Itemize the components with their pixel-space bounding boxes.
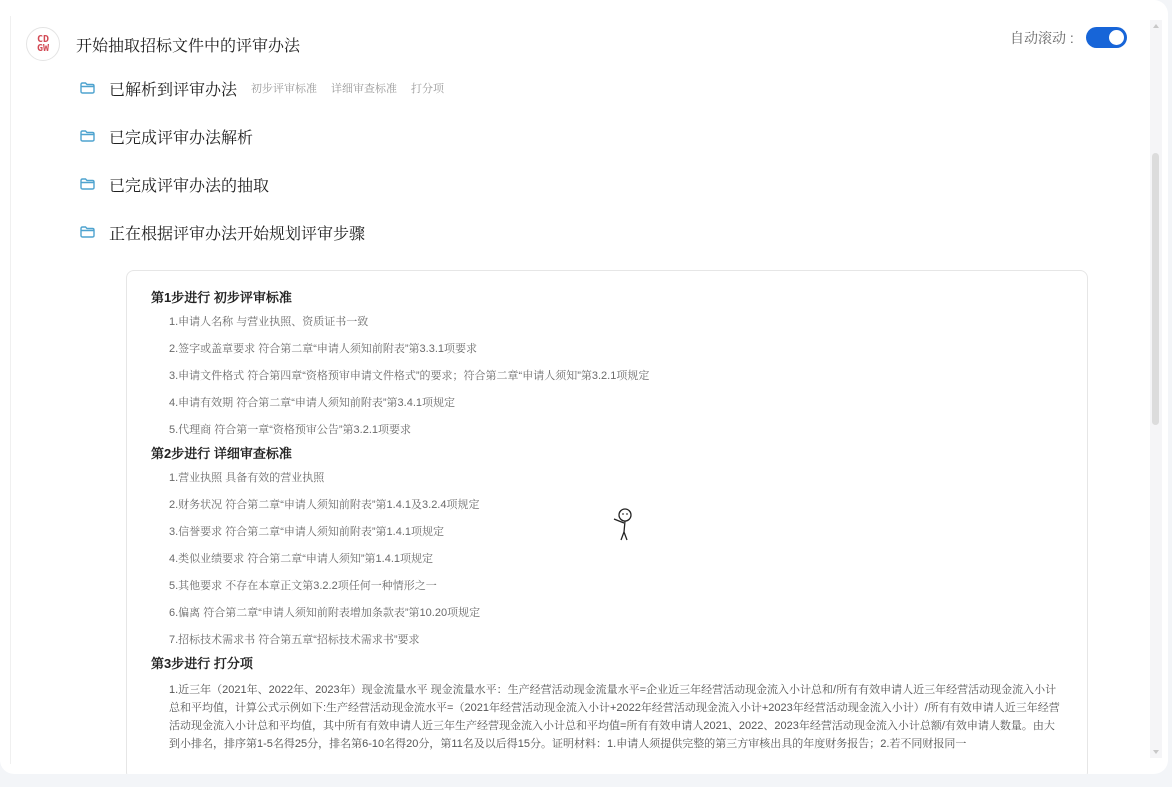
- section-title: 第2步进行 详细审查标准: [151, 443, 1063, 462]
- plan-section: 第1步进行 初步评审标准 1.申请人名称 与营业执照、资质证书一致 2.签字或盖…: [151, 287, 1063, 437]
- plan-item: 1.申请人名称 与营业执照、资质证书一致: [169, 315, 1063, 329]
- folder-icon: [80, 82, 95, 94]
- step-tag: 初步评审标准: [251, 80, 317, 96]
- step-label: 已完成评审办法解析: [109, 125, 253, 148]
- step-label: 已解析到评审办法: [109, 77, 237, 100]
- scroll-down-arrow-icon[interactable]: [1153, 750, 1159, 754]
- folder-icon: [80, 130, 95, 142]
- auto-scroll-control: 自动滚动 :: [1010, 27, 1127, 48]
- plan-item: 4.申请有效期 符合第二章“申请人须知前附表”第3.4.1项规定: [169, 396, 1063, 410]
- progress-steps: 已解析到评审办法 初步评审标准 详细审查标准 打分项 已完成评审办法解析 已完成…: [80, 76, 458, 268]
- review-plan-panel: 第1步进行 初步评审标准 1.申请人名称 与营业执照、资质证书一致 2.签字或盖…: [126, 270, 1088, 774]
- plan-item: 3.申请文件格式 符合第四章“资格预审申请文件格式”的要求；符合第二章“申请人须…: [169, 369, 1063, 383]
- progress-step: 已解析到评审办法 初步评审标准 详细审查标准 打分项: [80, 76, 458, 100]
- plan-section: 第2步进行 详细审查标准 1.营业执照 具备有效的营业执照 2.财务状况 符合第…: [151, 443, 1063, 647]
- plan-section: 第3步进行 打分项 1.近三年（2021年、2022年、2023年）现金流量水平…: [151, 653, 1063, 753]
- vertical-scrollbar[interactable]: [1150, 20, 1162, 758]
- section-items: 1.近三年（2021年、2022年、2023年）现金流量水平 现金流量水平：生产…: [151, 681, 1063, 753]
- progress-step: 已完成评审办法的抽取: [80, 172, 458, 196]
- main-card: CD GW 开始抽取招标文件中的评审办法 自动滚动 : 已解析到评审办法 初步评…: [0, 0, 1168, 774]
- auto-scroll-toggle[interactable]: [1086, 27, 1127, 48]
- plan-item: 1.近三年（2021年、2022年、2023年）现金流量水平 现金流量水平：生产…: [169, 681, 1063, 753]
- header: CD GW 开始抽取招标文件中的评审办法: [26, 27, 300, 61]
- plan-item: 6.偏离 符合第二章“申请人须知前附表增加条款表”第10.20项规定: [169, 606, 1063, 620]
- section-title: 第3步进行 打分项: [151, 653, 1063, 672]
- section-items: 1.申请人名称 与营业执照、资质证书一致 2.签字或盖章要求 符合第二章“申请人…: [151, 315, 1063, 437]
- scroll-thumb[interactable]: [1152, 153, 1159, 425]
- plan-item: 1.营业执照 具备有效的营业执照: [169, 471, 1063, 485]
- plan-item: 4.类似业绩要求 符合第二章“申请人须知”第1.4.1项规定: [169, 552, 1063, 566]
- divider: [10, 16, 11, 764]
- progress-step: 已完成评审办法解析: [80, 124, 458, 148]
- page-title: 开始抽取招标文件中的评审办法: [76, 33, 300, 56]
- folder-icon: [80, 226, 95, 238]
- step-label: 正在根据评审办法开始规划评审步骤: [109, 221, 365, 244]
- plan-item: 5.代理商 符合第一章“资格预审公告”第3.2.1项要求: [169, 423, 1063, 437]
- scroll-up-arrow-icon[interactable]: [1153, 24, 1159, 28]
- folder-icon: [80, 178, 95, 190]
- step-label: 已完成评审办法的抽取: [109, 173, 269, 196]
- loading-mascot-icon: [610, 506, 636, 544]
- progress-step: 正在根据评审办法开始规划评审步骤: [80, 220, 458, 244]
- toggle-knob: [1109, 30, 1124, 45]
- plan-item: 5.其他要求 不存在本章正文第3.2.2项任何一种情形之一: [169, 579, 1063, 593]
- section-items: 1.营业执照 具备有效的营业执照 2.财务状况 符合第二章“申请人须知前附表”第…: [151, 471, 1063, 647]
- plan-item: 2.签字或盖章要求 符合第二章“申请人须知前附表”第3.3.1项要求: [169, 342, 1063, 356]
- plan-item: 7.招标技术需求书 符合第五章“招标技术需求书”要求: [169, 633, 1063, 647]
- auto-scroll-label: 自动滚动 :: [1010, 28, 1074, 48]
- step-tag: 详细审查标准: [331, 80, 397, 96]
- step-tag: 打分项: [411, 80, 444, 96]
- section-title: 第1步进行 初步评审标准: [151, 287, 1063, 306]
- logo-text-bottom: GW: [37, 44, 49, 53]
- step-tags: 初步评审标准 详细审查标准 打分项: [251, 80, 458, 96]
- logo: CD GW: [26, 27, 60, 61]
